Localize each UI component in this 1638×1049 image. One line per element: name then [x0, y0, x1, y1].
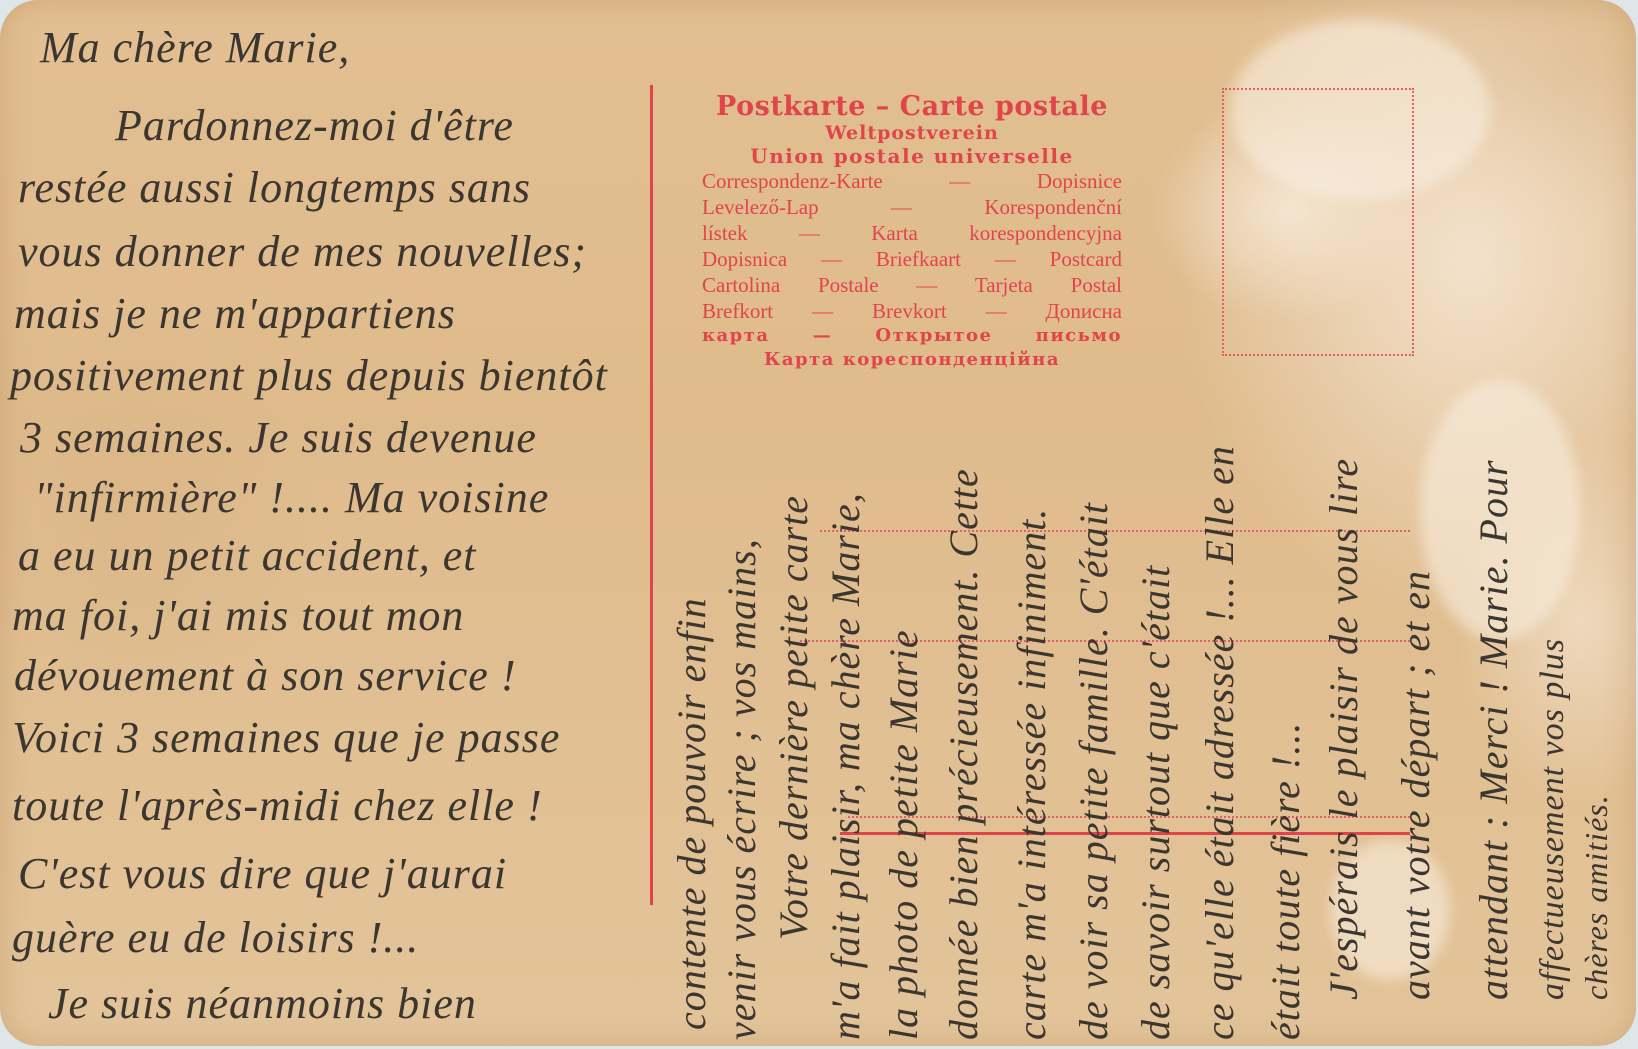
message-line: restée aussi longtemps sans: [18, 162, 531, 213]
vertical-line: Votre dernière petite carte: [770, 495, 817, 940]
vertical-line: la photo de petite Marie: [880, 629, 927, 1040]
postcard-back: Ma chère Marie, Pardonnez-moi d'être res…: [0, 0, 1636, 1046]
vertical-line: ce qu'elle était adressée !... Elle en: [1196, 445, 1243, 1040]
message-line: "infirmière" !.... Ma voisine: [34, 472, 549, 523]
vertical-line: contente de pouvoir enfin: [668, 597, 715, 1030]
message-line: ma foi, j'ai mis tout mon: [12, 590, 464, 641]
message-line: 3 semaines. Je suis devenue: [20, 412, 537, 463]
message-line: Voici 3 semaines que je passe: [12, 712, 560, 763]
header-line: Levelező-Lap — Korespondenční: [702, 194, 1122, 220]
header-line: Brefkort — Brevkort — Доnисна: [702, 298, 1122, 324]
stamp-box: [1222, 88, 1414, 356]
vertical-line: chères amitiés.: [1578, 794, 1615, 1000]
header-subtitle-upu-de: Weltpostverein: [702, 122, 1122, 144]
header-line: Cartolina Postale — Tarjeta Postal: [702, 272, 1122, 298]
message-line: C'est vous dire que j'aurai: [18, 848, 507, 899]
header-line: карта — Открытое письмо: [702, 324, 1122, 348]
vertical-line: de voir sa petite famille. C'était: [1070, 502, 1117, 1040]
header-last-line: Карта кореспонденційна: [702, 348, 1122, 372]
printed-header: Postkarte – Carte postale Weltpostverein…: [702, 92, 1122, 372]
message-line: a eu un petit accident, et: [18, 530, 477, 581]
message-line: Ma chère Marie,: [40, 22, 350, 73]
header-line: Dopisnica — Briefkaart — Postcard: [702, 246, 1122, 272]
center-divider-line: [650, 85, 653, 905]
header-subtitle-upu-fr: Union postale universelle: [702, 144, 1122, 168]
vertical-line: J'espérais le plaisir de vous lire: [1320, 458, 1367, 1000]
message-line: positivement plus depuis bientôt: [10, 350, 608, 401]
vertical-line: avant votre départ ; et en: [1392, 570, 1439, 1000]
message-line: Je suis néanmoins bien: [48, 978, 477, 1029]
vertical-line: attendant : Merci ! Marie. Pour: [1470, 459, 1517, 1000]
header-line: lístek — Karta korespondencyjna: [702, 220, 1122, 246]
message-line: toute l'après-midi chez elle !: [12, 780, 543, 831]
message-line: dévouement à son service !: [14, 650, 516, 701]
vertical-line: m'a fait plaisir, ma chère Marie,: [822, 492, 869, 1040]
header-title: Postkarte – Carte postale: [702, 92, 1122, 122]
header-line: Correspondenz-Karte — Dopisnice: [702, 168, 1122, 194]
message-line: mais je ne m'appartiens: [14, 288, 456, 339]
vertical-line: carte m'a intéressée infiniment.: [1008, 508, 1055, 1040]
vertical-line: donnée bien précieusement. Cette: [940, 468, 987, 1040]
message-line: Pardonnez-moi d'être: [115, 100, 514, 151]
vertical-line: venir vous écrire ; vos mains,: [718, 538, 765, 1040]
vertical-line: affectueusement vos plus: [1534, 638, 1572, 1000]
message-line: vous donner de mes nouvelles;: [18, 226, 587, 277]
message-line: guère eu de loisirs !...: [12, 912, 419, 963]
vertical-line: était toute fière !...: [1262, 722, 1309, 1040]
vertical-line: de savoir surtout que c'était: [1132, 565, 1179, 1040]
